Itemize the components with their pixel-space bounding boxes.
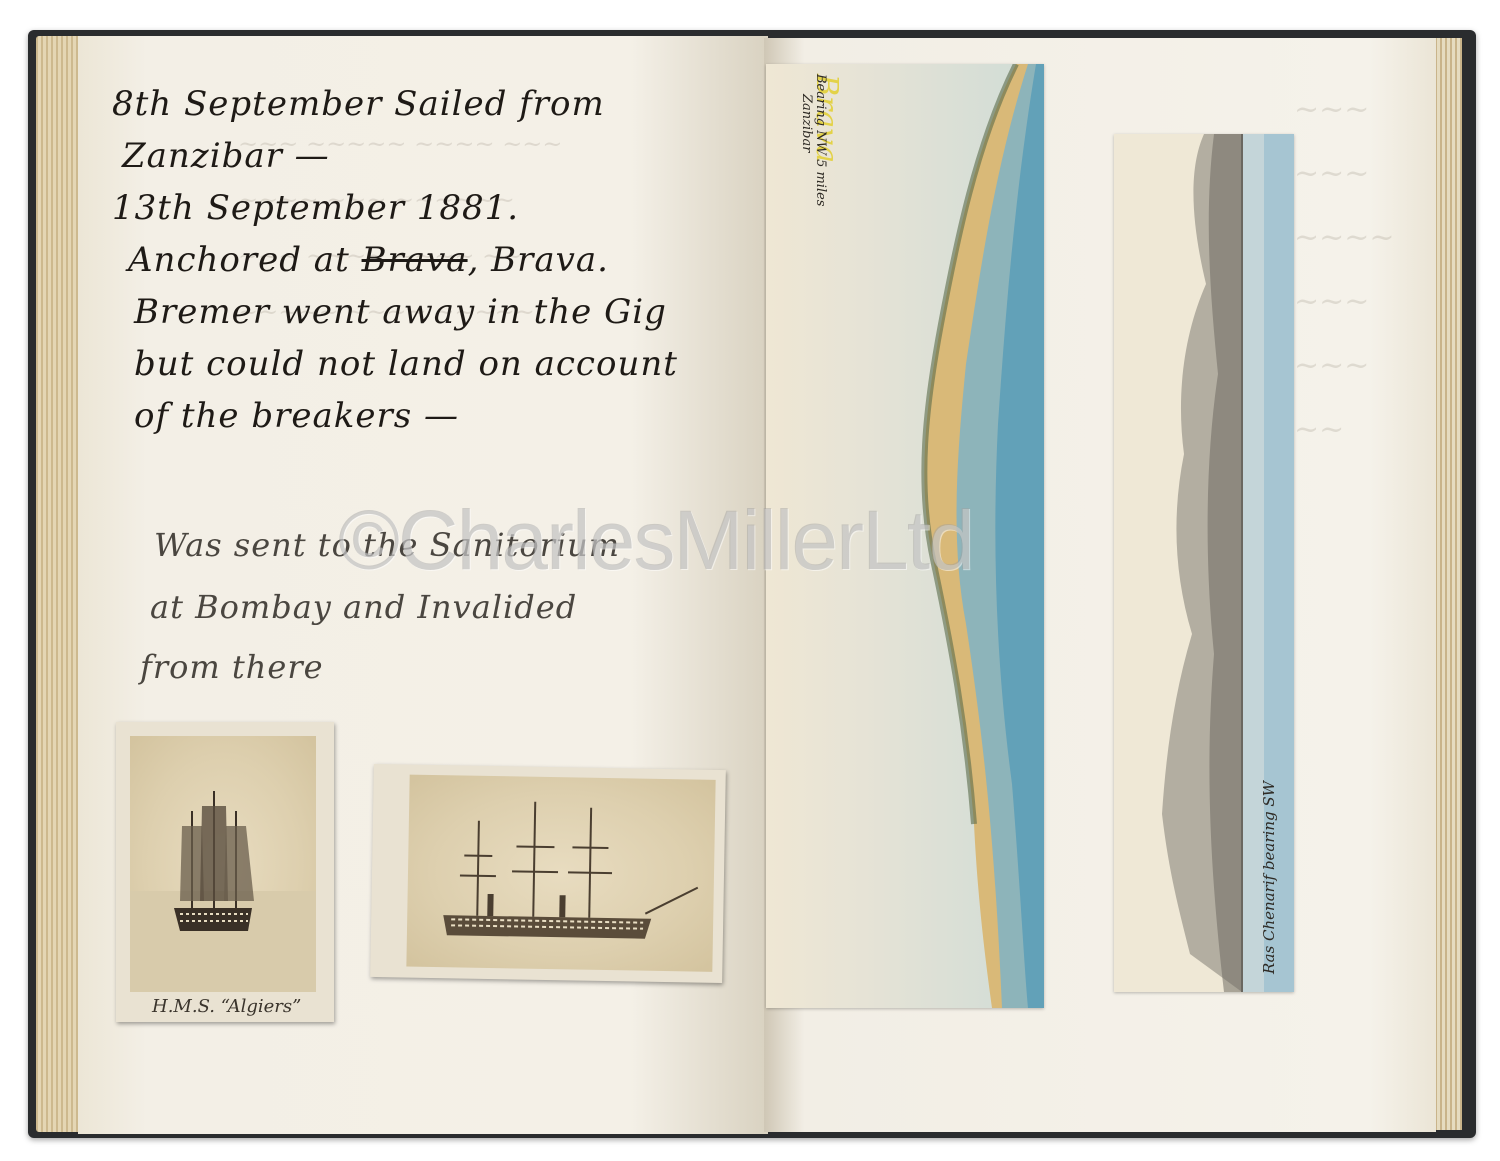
ship-under-sail-icon bbox=[130, 736, 316, 992]
photo-algiers bbox=[130, 736, 316, 992]
brava-text: , Brava. bbox=[468, 240, 609, 280]
struck-word: Brava bbox=[362, 240, 468, 280]
pencil-line-3: from there bbox=[140, 648, 324, 686]
bleed-through-text-right: ~~~~~~~~~~~~~~~~~~ bbox=[1294, 78, 1395, 462]
sketch-note-location: Zanzibar bbox=[799, 94, 814, 152]
sketch-caption-ras-chenarif: Ras Chenarif bearing SW bbox=[1260, 781, 1278, 974]
anchored-text: Anchored at bbox=[128, 240, 362, 280]
sketch-note-bearing: Bearing NW 5 miles bbox=[813, 74, 828, 206]
journal-line-2: Zanzibar — bbox=[122, 132, 330, 180]
photo-steamship bbox=[406, 775, 715, 972]
journal-line-5: Bremer went away in the Gig bbox=[134, 288, 667, 336]
journal-line-1: 8th September Sailed from bbox=[112, 80, 605, 128]
sketch-ras-chenarif: Ras Chenarif bearing SW bbox=[1114, 134, 1294, 992]
journal-line-6: but could not land on account bbox=[134, 340, 678, 388]
photo-caption-algiers: H.M.S. “Algiers” bbox=[152, 996, 301, 1017]
photo-card-steamship bbox=[370, 764, 726, 983]
journal-line-7: of the breakers — bbox=[134, 392, 459, 440]
page-edges-right bbox=[1432, 38, 1462, 1130]
ship-at-anchor-icon bbox=[406, 775, 715, 972]
photo-card-algiers: H.M.S. “Algiers” bbox=[116, 722, 334, 1022]
page-edges-left bbox=[36, 36, 82, 1132]
watermark: ©CharlesMillerLtd bbox=[338, 492, 973, 589]
journal-line-3: 13th September 1881. bbox=[112, 184, 519, 232]
journal-line-4: Anchored at Brava, Brava. bbox=[128, 236, 609, 284]
pencil-line-2: at Bombay and Invalided bbox=[150, 588, 577, 626]
